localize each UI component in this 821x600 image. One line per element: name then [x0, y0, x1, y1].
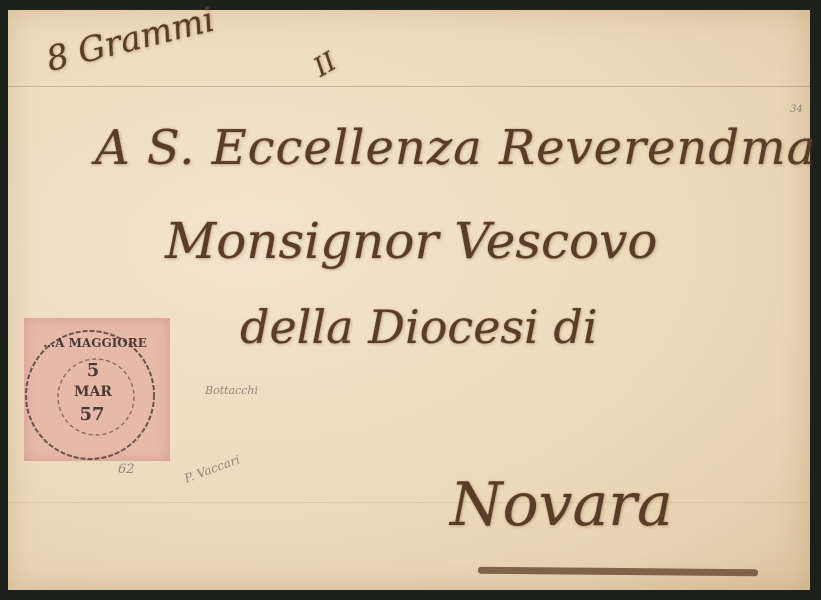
address-line-4: Novara: [450, 470, 673, 540]
address-line-1: A S. Eccellenza Reverendma: [95, 120, 816, 176]
address-line-3: della Diocesi di: [240, 300, 598, 354]
postmark-month: MAR: [68, 384, 118, 400]
postmark-year: 57: [72, 404, 112, 425]
postmark-town: …A MAGGIORE: [40, 336, 150, 350]
postmark-day: 5: [78, 360, 108, 381]
pencil-signature-1: Bottacchi: [205, 384, 258, 397]
pencil-number: 34: [790, 104, 803, 115]
stamp-number: 62: [118, 462, 135, 477]
address-line-2: Monsignor Vescovo: [165, 212, 657, 270]
fold-line: [8, 502, 810, 503]
fold-line: [8, 86, 810, 87]
